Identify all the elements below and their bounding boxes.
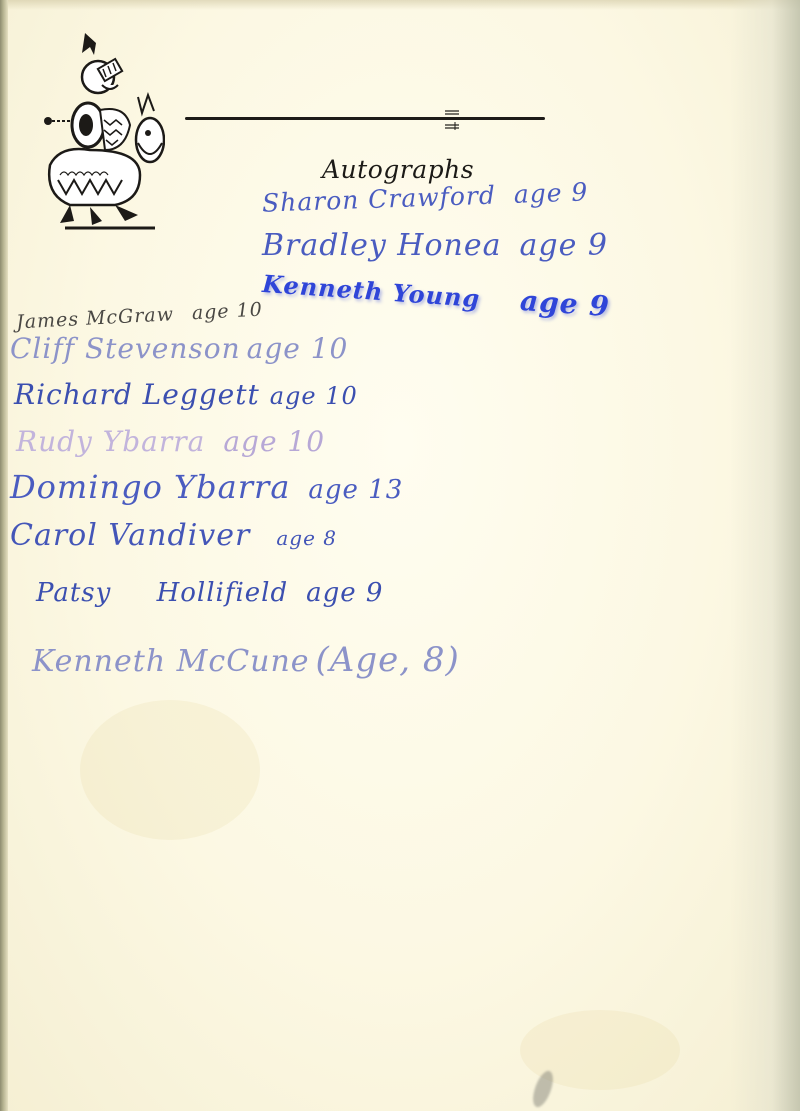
signature-name: Patsy Hollifield — [36, 578, 288, 608]
signature-kenneth-mccune: Kenneth McCune(Age, 8) — [32, 640, 460, 680]
signature-name: Bradley Honea — [262, 228, 502, 263]
signature-age: age 10 — [191, 299, 263, 325]
paper-stain — [80, 700, 260, 840]
signature-kenneth-young: Kenneth Youngage 9 — [261, 266, 611, 323]
autograph-page: Autographs Sharon Crawfordage 9 Bradley … — [0, 0, 800, 1111]
signature-age: age 8 — [276, 526, 337, 550]
signature-age: age 9 — [520, 228, 608, 263]
signature-name: Carol Vandiver — [10, 518, 250, 553]
signature-name: Cliff Stevenson — [10, 332, 241, 365]
signature-age: age 9 — [519, 284, 611, 323]
page-title: Autographs — [322, 155, 474, 184]
signature-carol-vandiver: Carol Vandiverage 8 — [10, 518, 337, 553]
signature-name: Kenneth Young — [261, 269, 481, 313]
signature-age: age 9 — [306, 578, 383, 608]
signature-james-mcgraw: James McGrawage 10 — [16, 299, 264, 334]
signature-name: Rudy Ybarra — [16, 425, 205, 458]
signature-name: Richard Leggett — [14, 378, 260, 411]
signature-name: Sharon Crawford — [262, 181, 497, 218]
signature-name: Domingo Ybarra — [10, 468, 290, 506]
signature-rudy-ybarra: Rudy Ybarraage 10 — [16, 425, 325, 458]
signature-age: age 10 — [223, 425, 325, 458]
signature-patsy-hollifield: Patsy Hollifieldage 9 — [36, 578, 383, 608]
signature-domingo-ybarra: Domingo Ybarraage 13 — [10, 468, 403, 506]
knight-on-horse-illustration — [30, 25, 165, 230]
signature-cliff-stevenson: Cliff Stevensonage 10 — [10, 332, 348, 365]
signature-name: Kenneth McCune — [32, 644, 310, 679]
signature-age: age 9 — [513, 177, 589, 209]
signature-age: (Age, 8) — [316, 640, 460, 680]
signature-sharon-crawford: Sharon Crawfordage 9 — [262, 177, 589, 217]
page-right-edge-shadow — [730, 0, 800, 1111]
book-spine-edge — [0, 0, 8, 1111]
lance-divider-line — [185, 117, 545, 120]
signature-bradley-honea: Bradley Honeaage 9 — [262, 228, 608, 263]
signature-age: age 13 — [308, 475, 403, 505]
lance-end-marks — [443, 108, 463, 130]
signature-richard-leggett: Richard Leggettage 10 — [14, 378, 358, 411]
signature-name: James McGraw — [16, 303, 175, 333]
signature-age: age 10 — [270, 382, 358, 410]
page-top-edge — [0, 0, 800, 10]
signature-age: age 10 — [247, 332, 349, 365]
